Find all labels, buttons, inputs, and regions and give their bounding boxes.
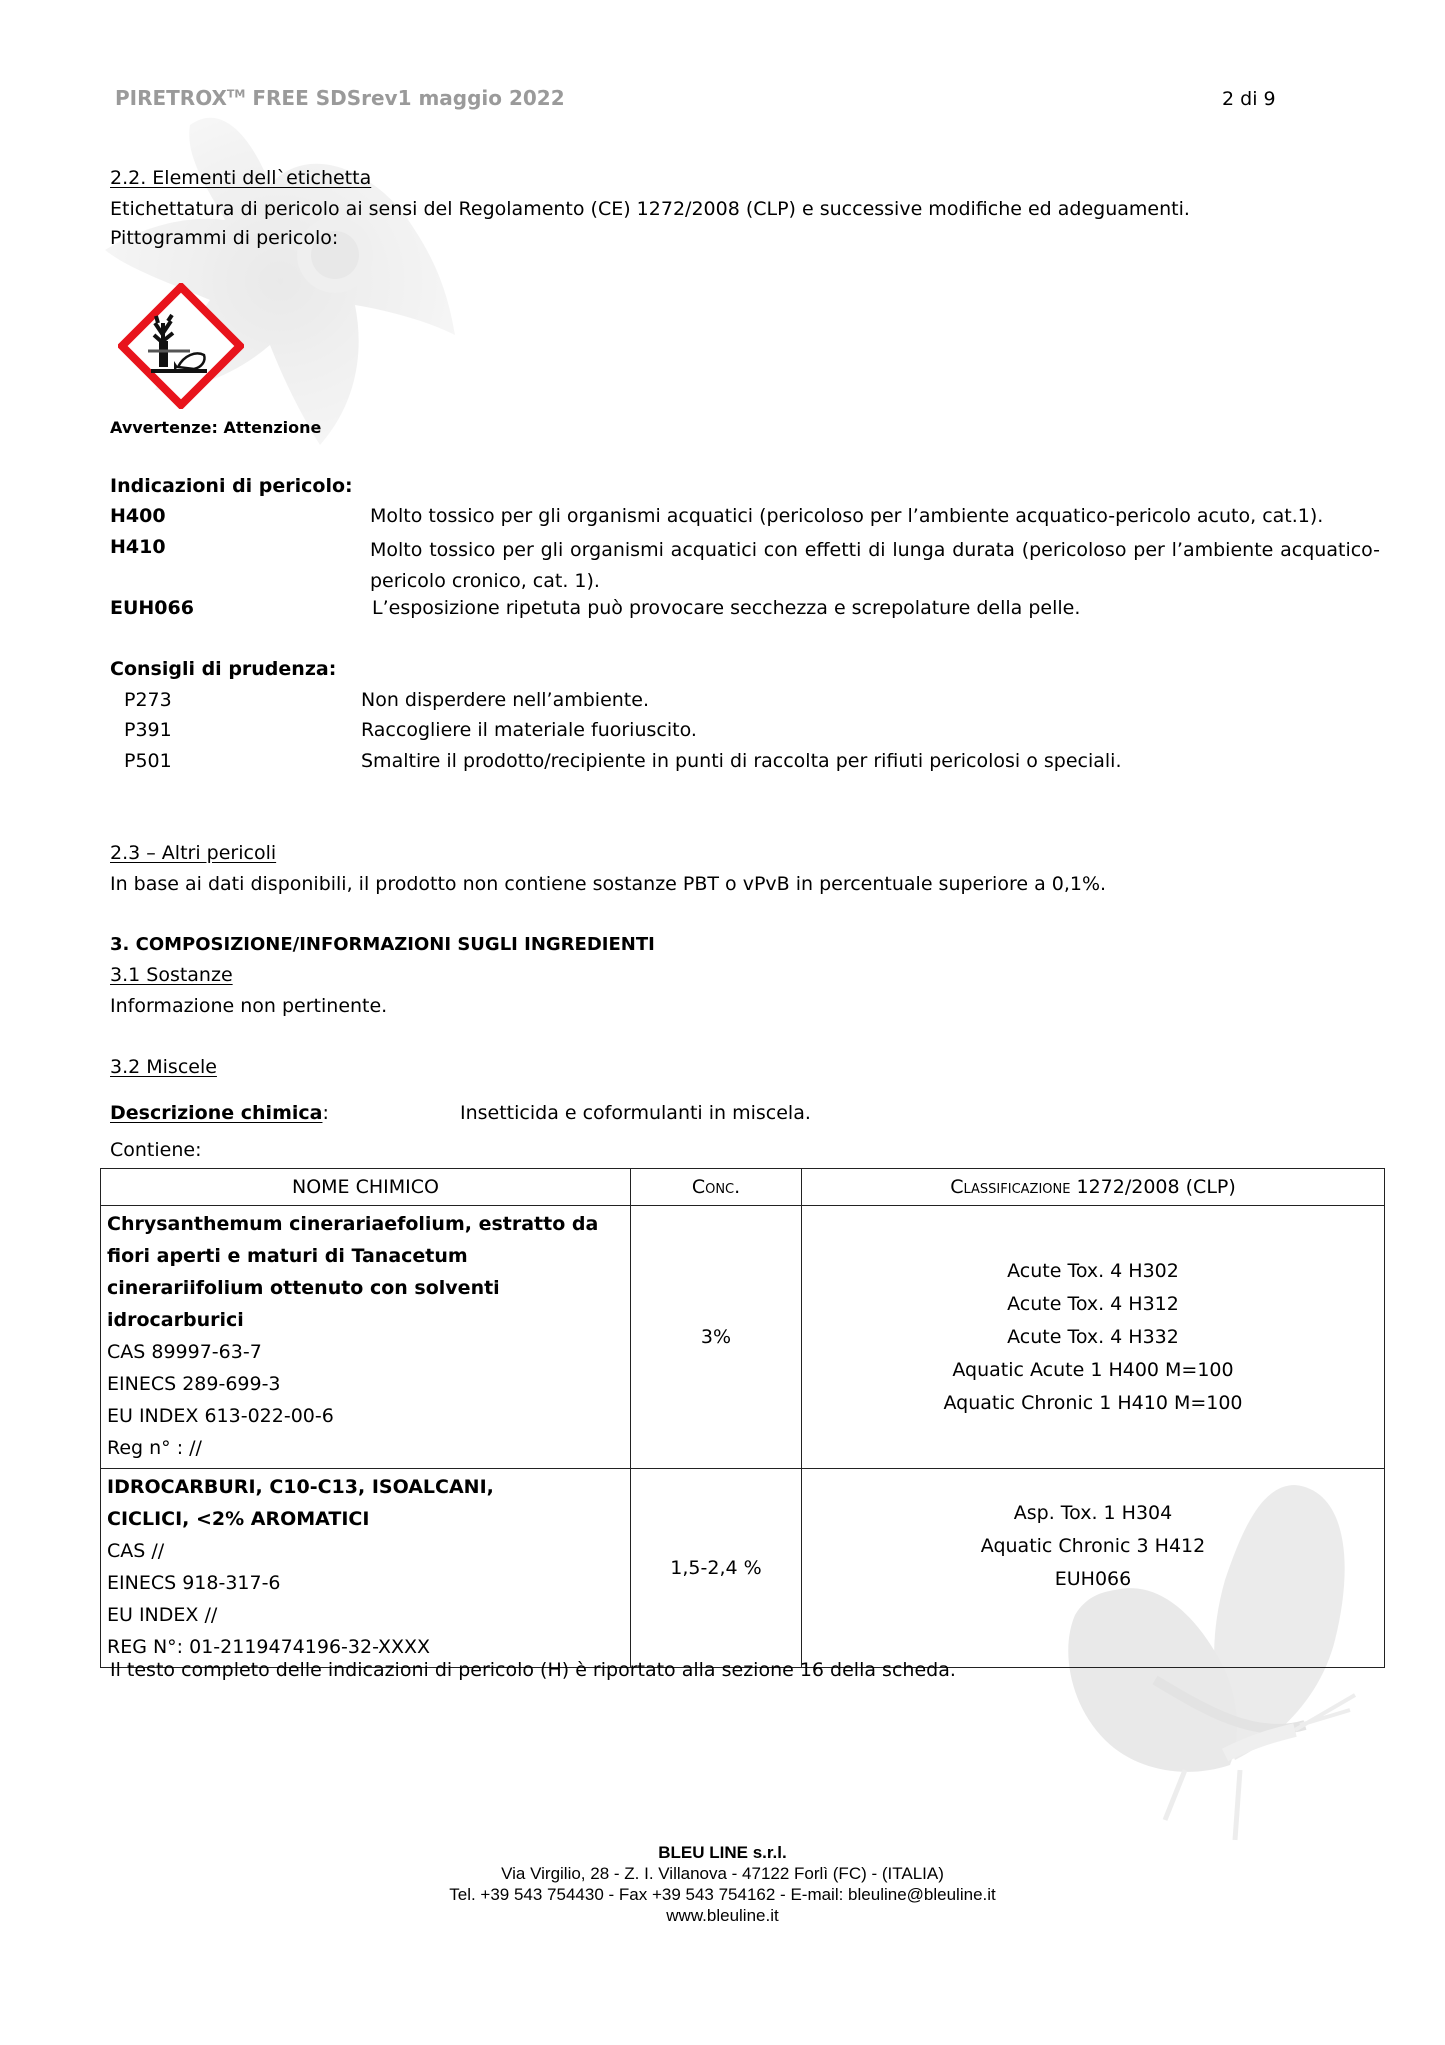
column-header-chemical-name: NOME CHIMICO [101,1169,631,1206]
precautionary-text: Non disperdere nell’ambiente. [361,688,649,712]
chemical-name-cell: Chrysanthemum cinerariaefolium, estratto… [101,1206,631,1469]
section-3-1-title: 3.1 Sostanze [110,963,233,987]
classification-cell: Asp. Tox. 1 H304 Aquatic Chronic 3 H412 … [802,1469,1385,1668]
table-header-row: NOME CHIMICO Conc. Classificazione 1272/… [101,1169,1385,1206]
hazard-code: H400 [110,504,166,528]
hazard-code: EUH066 [110,596,194,620]
company-contacts: Tel. +39 543 754430 - Fax +39 543 754162… [0,1884,1445,1905]
precautionary-statements-label: Consigli di prudenza: [110,657,336,681]
company-name: BLEU LINE s.r.l. [0,1842,1445,1863]
pictograms-label: Pittogrammi di pericolo: [110,226,338,250]
column-header-classification: Classificazione 1272/2008 (CLP) [802,1169,1385,1206]
contains-label: Contiene: [110,1138,201,1162]
concentration-cell: 1,5-2,4 % [631,1469,802,1668]
table-row: IDROCARBURI, C10-C13, ISOALCANI, CICLICI… [101,1469,1385,1668]
section-3-title: 3. COMPOSIZIONE/INFORMAZIONI SUGLI INGRE… [110,933,655,957]
table-row: Chrysanthemum cinerariaefolium, estratto… [101,1206,1385,1469]
company-address: Via Virgilio, 28 - Z. I. Villanova - 471… [0,1863,1445,1884]
document-header-title: PIRETROXTM FREE SDSrev1 maggio 2022 [115,86,565,110]
section-2-2-intro: Etichettatura di pericolo ai sensi del R… [110,197,1190,221]
trademark-sup: TM [227,87,245,100]
hazard-text: L’esposizione ripetuta può provocare sec… [372,596,1382,620]
column-header-concentration: Conc. [631,1169,802,1206]
chemical-description-label-text: Descrizione chimica [110,1102,322,1124]
precautionary-code: P501 [124,749,172,773]
company-footer: BLEU LINE s.r.l. Via Virgilio, 28 - Z. I… [0,1842,1445,1926]
environment-hazard-icon [118,283,244,409]
precautionary-text: Raccogliere il materiale fuoriuscito. [361,718,697,742]
hazard-footnote: Il testo completo delle indicazioni di p… [110,1658,956,1682]
hazard-code: H410 [110,535,166,559]
chemical-description-label: Descrizione chimica: [110,1101,329,1125]
section-2-3-text: In base ai dati disponibili, il prodotto… [110,872,1106,896]
precautionary-code: P273 [124,688,172,712]
section-3-1-text: Informazione non pertinente. [110,994,387,1018]
product-name: PIRETROX [115,86,227,110]
section-3-2-title: 3.2 Miscele [110,1055,217,1079]
chemical-description-value: Insetticida e coformulanti in miscela. [460,1101,811,1125]
hazard-text: Molto tossico per gli organismi acquatic… [370,535,1380,597]
signal-word: Avvertenze: Attenzione [110,418,321,437]
page-number: 2 di 9 [1222,88,1276,110]
composition-table: NOME CHIMICO Conc. Classificazione 1272/… [100,1168,1385,1668]
precautionary-code: P391 [124,718,172,742]
document-reference: FREE SDSrev1 maggio 2022 [245,86,564,110]
precautionary-text: Smaltire il prodotto/recipiente in punti… [361,749,1122,773]
company-website[interactable]: www.bleuline.it [0,1905,1445,1926]
classification-cell: Acute Tox. 4 H302 Acute Tox. 4 H312 Acut… [802,1206,1385,1469]
hazard-statements-label: Indicazioni di pericolo: [110,474,353,498]
section-2-3-title: 2.3 – Altri pericoli [110,841,276,865]
concentration-cell: 3% [631,1206,802,1469]
chemical-name-cell: IDROCARBURI, C10-C13, ISOALCANI, CICLICI… [101,1469,631,1668]
hazard-text: Molto tossico per gli organismi acquatic… [370,504,1380,528]
section-2-2-title: 2.2. Elementi dell`etichetta [110,166,371,190]
